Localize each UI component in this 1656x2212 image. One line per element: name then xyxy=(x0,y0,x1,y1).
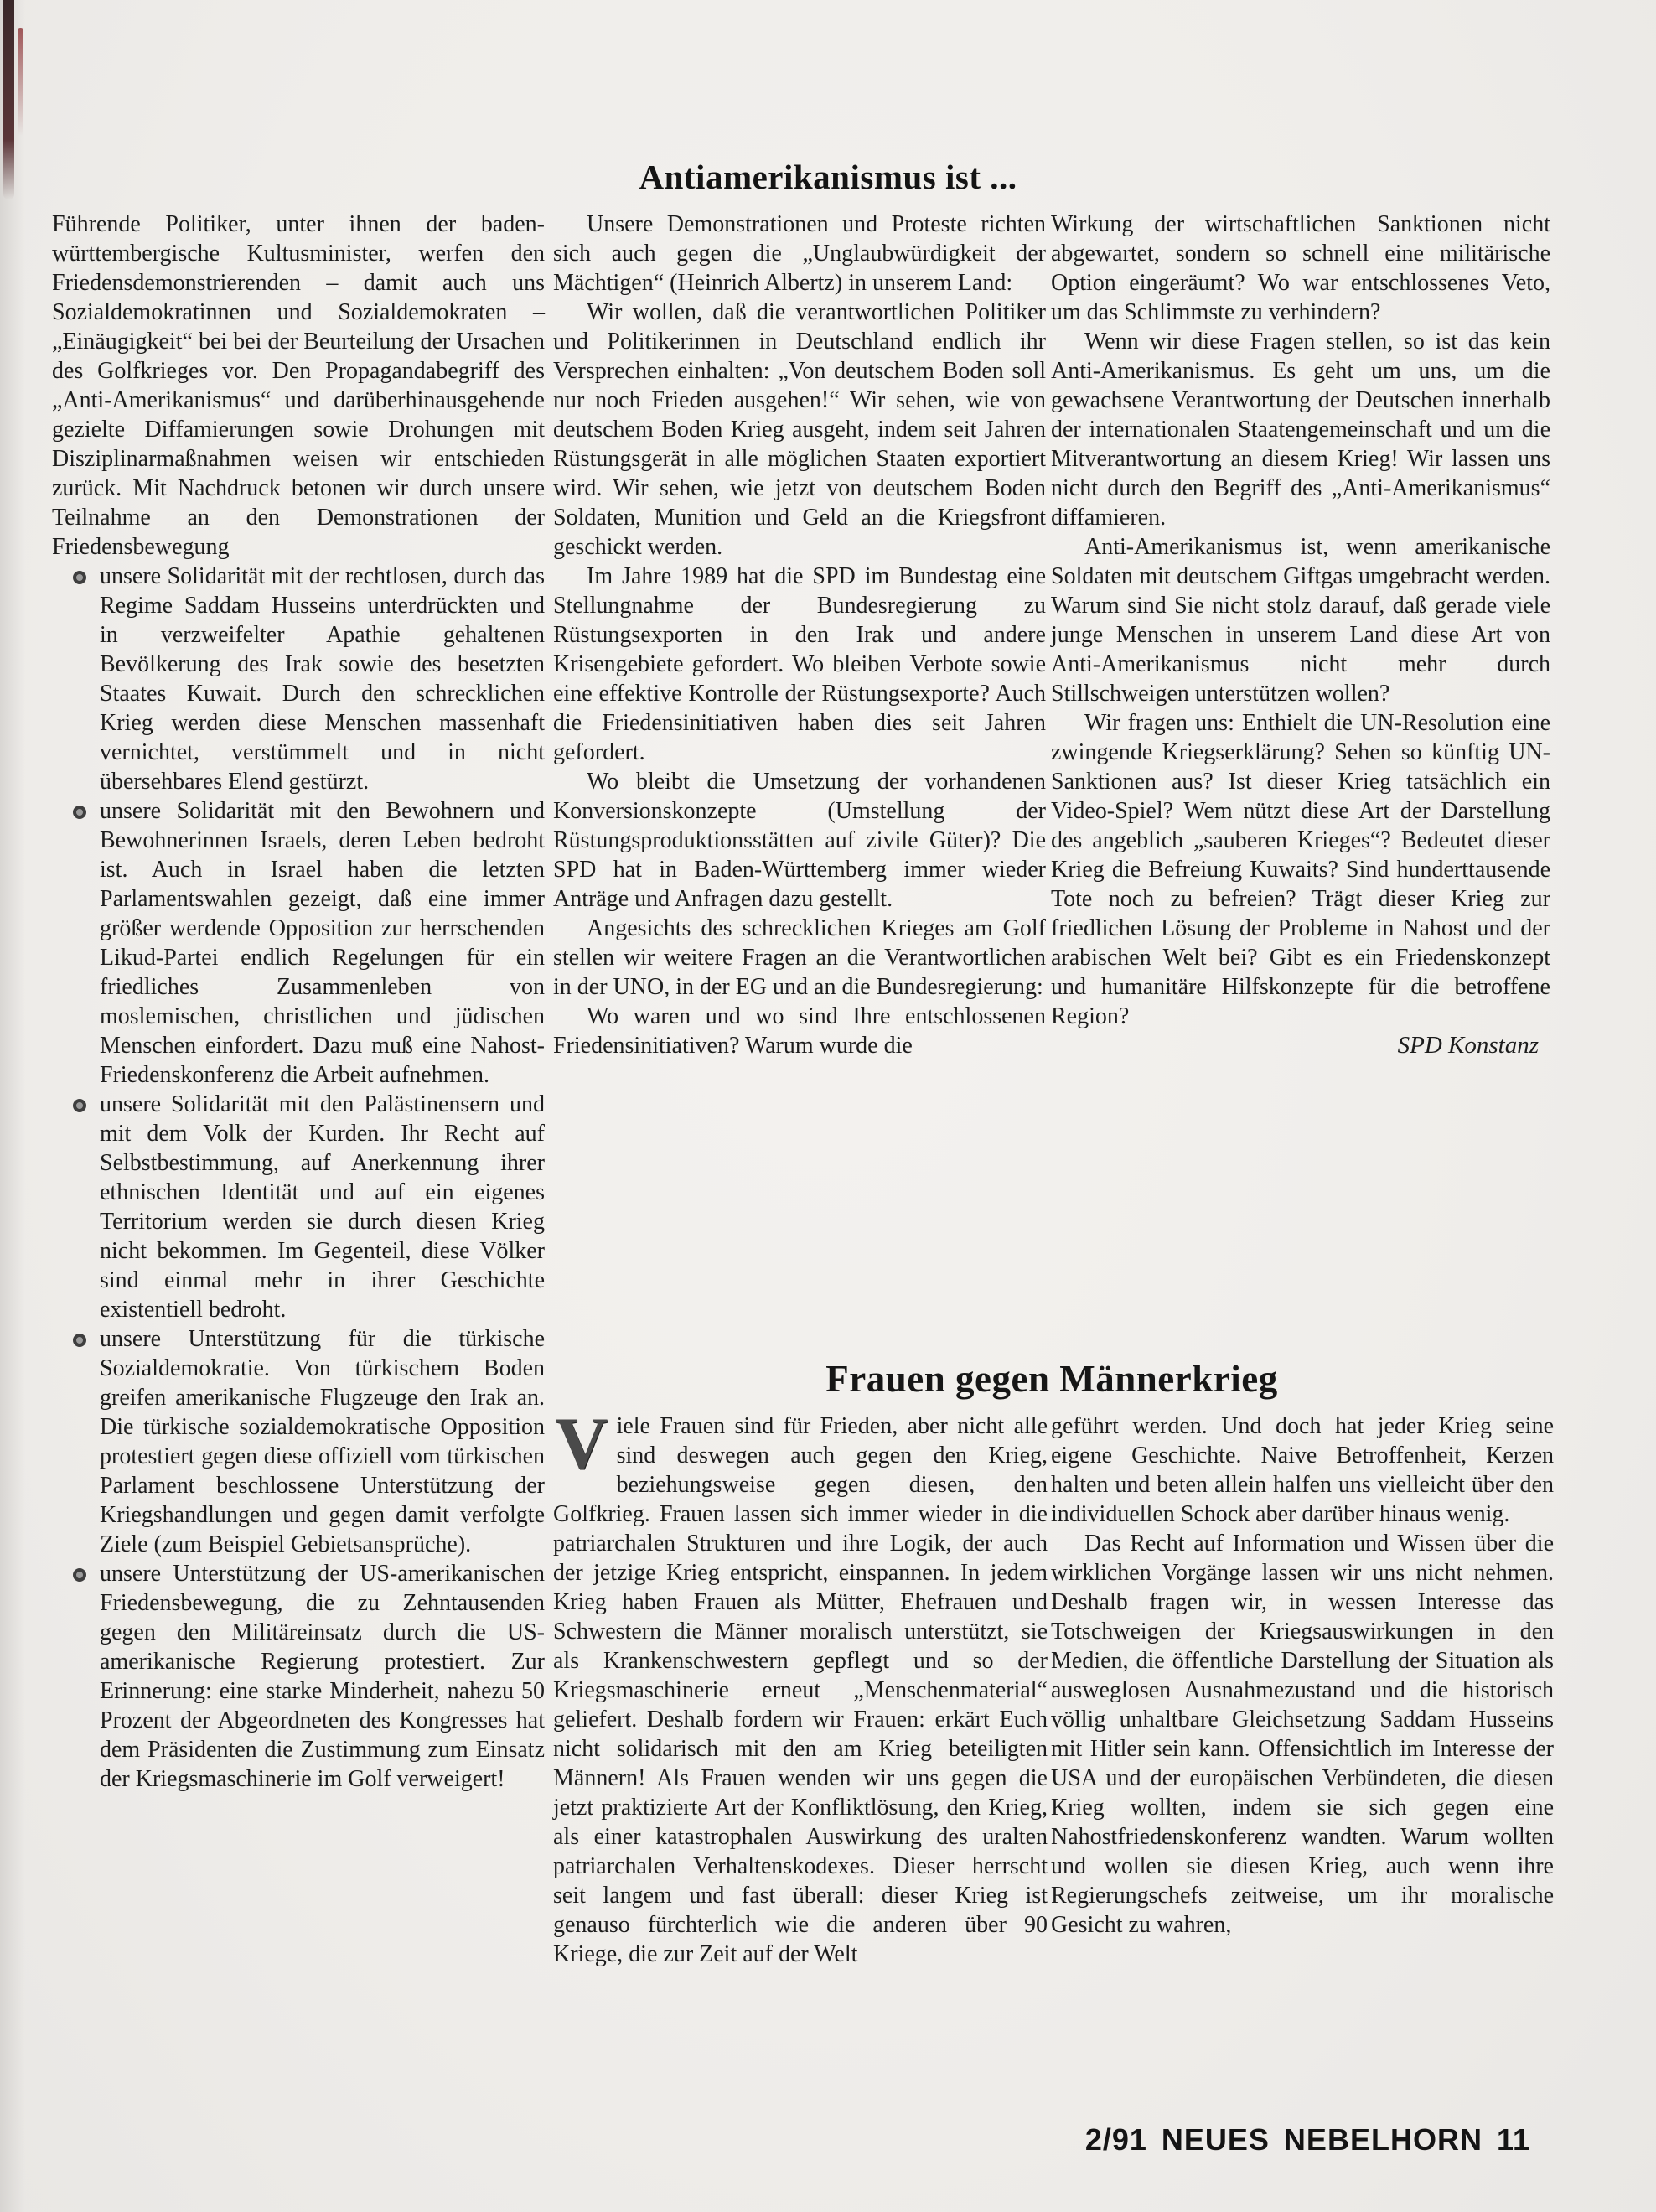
bullet-text: unsere Unterstützung der US-amerikanisch… xyxy=(100,1559,545,1794)
bullet-text: unsere Solidarität mit den Bewohnern und… xyxy=(100,796,545,1090)
article2-opening-paragraph: Viele Frauen sind für Frieden, aber nich… xyxy=(553,1412,1048,1969)
bullet-icon xyxy=(73,1568,86,1582)
article1-column-1: Führende Politiker, unter ihnen der bade… xyxy=(52,210,545,1794)
paragraph: Anti-Amerikanismus ist, wenn amerikanisc… xyxy=(1051,532,1550,708)
bullet-icon xyxy=(73,806,86,819)
page-footer: 2/91 NEUES NEBELHORN 11 xyxy=(1085,2122,1530,2158)
paragraph: Wenn wir diese Fragen stellen, so ist da… xyxy=(1051,327,1550,532)
article2-column-2: geführt werden. Und doch hat jeder Krieg… xyxy=(1051,1412,1554,1940)
list-item: unsere Solidarität mit der rechtlosen, d… xyxy=(52,562,545,796)
bullet-icon xyxy=(73,1099,86,1112)
bullet-text: unsere Solidarität mit den Palästinenser… xyxy=(100,1090,545,1324)
bullet-icon xyxy=(73,571,86,584)
article1-title: Antiamerikanismus ist ... xyxy=(0,157,1656,197)
article1-intro-paragraph: Führende Politiker, unter ihnen der bade… xyxy=(52,210,545,562)
bullet-icon xyxy=(73,1334,86,1347)
paragraph-text: iele Frauen sind für Frieden, aber nicht… xyxy=(553,1413,1048,1967)
paragraph: Wo waren und wo sind Ihre entschlossenen… xyxy=(553,1002,1046,1060)
article2-title: Frauen gegen Männerkrieg xyxy=(546,1357,1557,1401)
list-item: unsere Solidarität mit den Palästinenser… xyxy=(52,1090,545,1324)
dropcap-letter: V xyxy=(553,1412,617,1474)
article1-column-2: Unsere Demonstrationen und Proteste rich… xyxy=(553,210,1046,1060)
bullet-text: unsere Unterstützung für die türkische S… xyxy=(100,1324,545,1559)
scan-artifact-red-streak xyxy=(18,28,23,136)
paragraph: Wir wollen, daß die verantwortlichen Pol… xyxy=(553,298,1046,562)
list-item: unsere Unterstützung der US-amerikanisch… xyxy=(52,1559,545,1794)
list-item: unsere Unterstützung für die türkische S… xyxy=(52,1324,545,1559)
article1-signature: SPD Konstanz xyxy=(1051,1031,1550,1060)
article1-bullet-list: unsere Solidarität mit der rechtlosen, d… xyxy=(52,562,545,1794)
paragraph: Wirkung der wirtschaftlichen Sanktionen … xyxy=(1051,210,1550,327)
paragraph: Angesichts des schrecklichen Krieges am … xyxy=(553,914,1046,1002)
list-item: unsere Solidarität mit den Bewohnern und… xyxy=(52,796,545,1090)
paragraph: Unsere Demonstrationen und Proteste rich… xyxy=(553,210,1046,298)
paragraph: Wir fragen uns: Enthielt die UN-Resoluti… xyxy=(1051,708,1550,1031)
paragraph: Im Jahre 1989 hat die SPD im Bundestag e… xyxy=(553,562,1046,767)
bullet-text: unsere Solidarität mit der rechtlosen, d… xyxy=(100,562,545,796)
article1-column-3: Wirkung der wirtschaftlichen Sanktionen … xyxy=(1051,210,1550,1060)
article2-column-1: Viele Frauen sind für Frieden, aber nich… xyxy=(553,1412,1048,1969)
paragraph: geführt werden. Und doch hat jeder Krieg… xyxy=(1051,1412,1554,1529)
scan-edge-shadow xyxy=(0,0,25,2212)
scanned-newsletter-page: { "page": { "footer": "2/91 NEUES NEBELH… xyxy=(0,0,1656,2212)
paragraph: Wo bleibt die Umsetzung der vorhandenen … xyxy=(553,767,1046,914)
paragraph: Das Recht auf Information und Wissen übe… xyxy=(1051,1529,1554,1940)
